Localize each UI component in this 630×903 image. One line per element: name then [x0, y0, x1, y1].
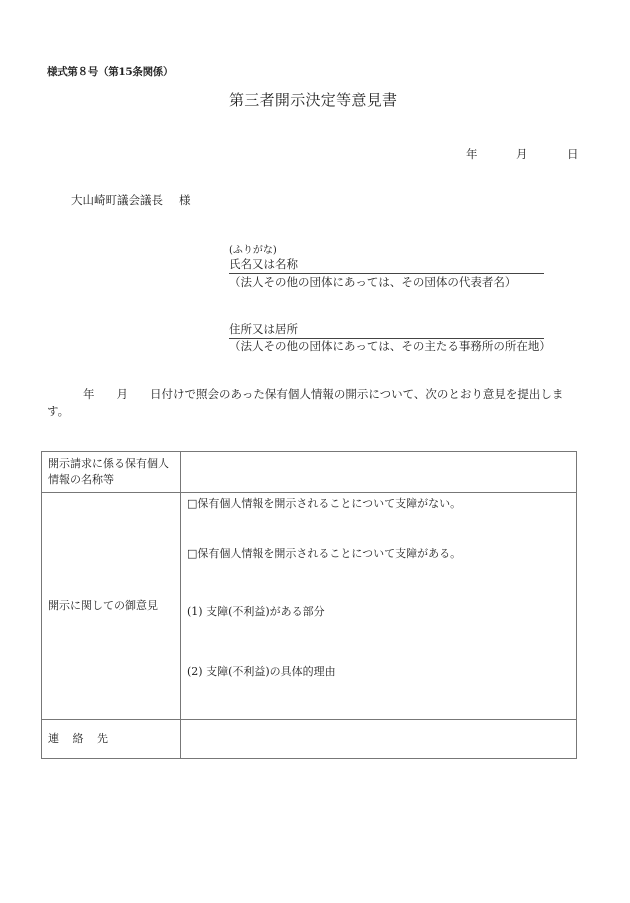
furigana-label: (ふりがな) — [229, 241, 277, 256]
statement-year: 年 — [83, 387, 95, 401]
date-month-label: 月 — [516, 146, 528, 162]
table-row: 開示に関しての御意見 □保有個人情報を開示されることについて支障がない。 □保有… — [42, 493, 577, 720]
contact-label: 連 絡 先 — [42, 720, 181, 759]
addressee-honorific: 様 — [179, 193, 191, 207]
contact-field[interactable] — [181, 720, 577, 759]
option-no-objection-checkbox[interactable]: □保有個人情報を開示されることについて支障がない。 — [187, 495, 461, 511]
address-note: （法人その他の団体にあっては、その主たる事務所の所在地） — [229, 338, 551, 354]
addressee: 大山崎町議会議長様 — [71, 192, 191, 208]
name-note: （法人その他の団体にあっては、その団体の代表者名） — [229, 274, 516, 290]
document-title: 第三者開示決定等意見書 — [229, 89, 397, 110]
table-row: 開示請求に係る保有個人情報の名称等 — [42, 452, 577, 493]
opinion-table: 開示請求に係る保有個人情報の名称等 開示に関しての御意見 □保有個人情報を開示さ… — [41, 451, 577, 759]
form-number: 様式第８号（第15条関係） — [47, 64, 173, 79]
date-year-label: 年 — [466, 146, 478, 162]
address-field[interactable]: 住所又は居所 — [229, 321, 544, 339]
statement-month: 月 — [117, 387, 129, 401]
info-name-field[interactable] — [181, 452, 577, 493]
table-row: 連 絡 先 — [42, 720, 577, 759]
addressee-name: 大山崎町議会議長 — [71, 193, 163, 207]
objection-part-label: (1) 支障(不利益)がある部分 — [187, 603, 325, 619]
option-objection-checkbox[interactable]: □保有個人情報を開示されることについて支障がある。 — [187, 545, 461, 561]
objection-reason-label: (2) 支障(不利益)の具体的理由 — [187, 663, 336, 679]
statement-text: 日付けで照会のあった保有個人情報の開示について、次のとおり意見を提出しま — [150, 387, 563, 401]
statement-text-end: す。 — [47, 404, 69, 418]
statement: 年月日付けで照会のあった保有個人情報の開示について、次のとおり意見を提出しま す… — [47, 386, 577, 420]
opinion-field: □保有個人情報を開示されることについて支障がない。 □保有個人情報を開示されるこ… — [181, 493, 577, 720]
date-day-label: 日 — [567, 146, 579, 162]
opinion-label: 開示に関しての御意見 — [42, 493, 181, 720]
info-name-label: 開示請求に係る保有個人情報の名称等 — [42, 452, 181, 493]
name-field[interactable]: 氏名又は名称 — [229, 256, 544, 274]
